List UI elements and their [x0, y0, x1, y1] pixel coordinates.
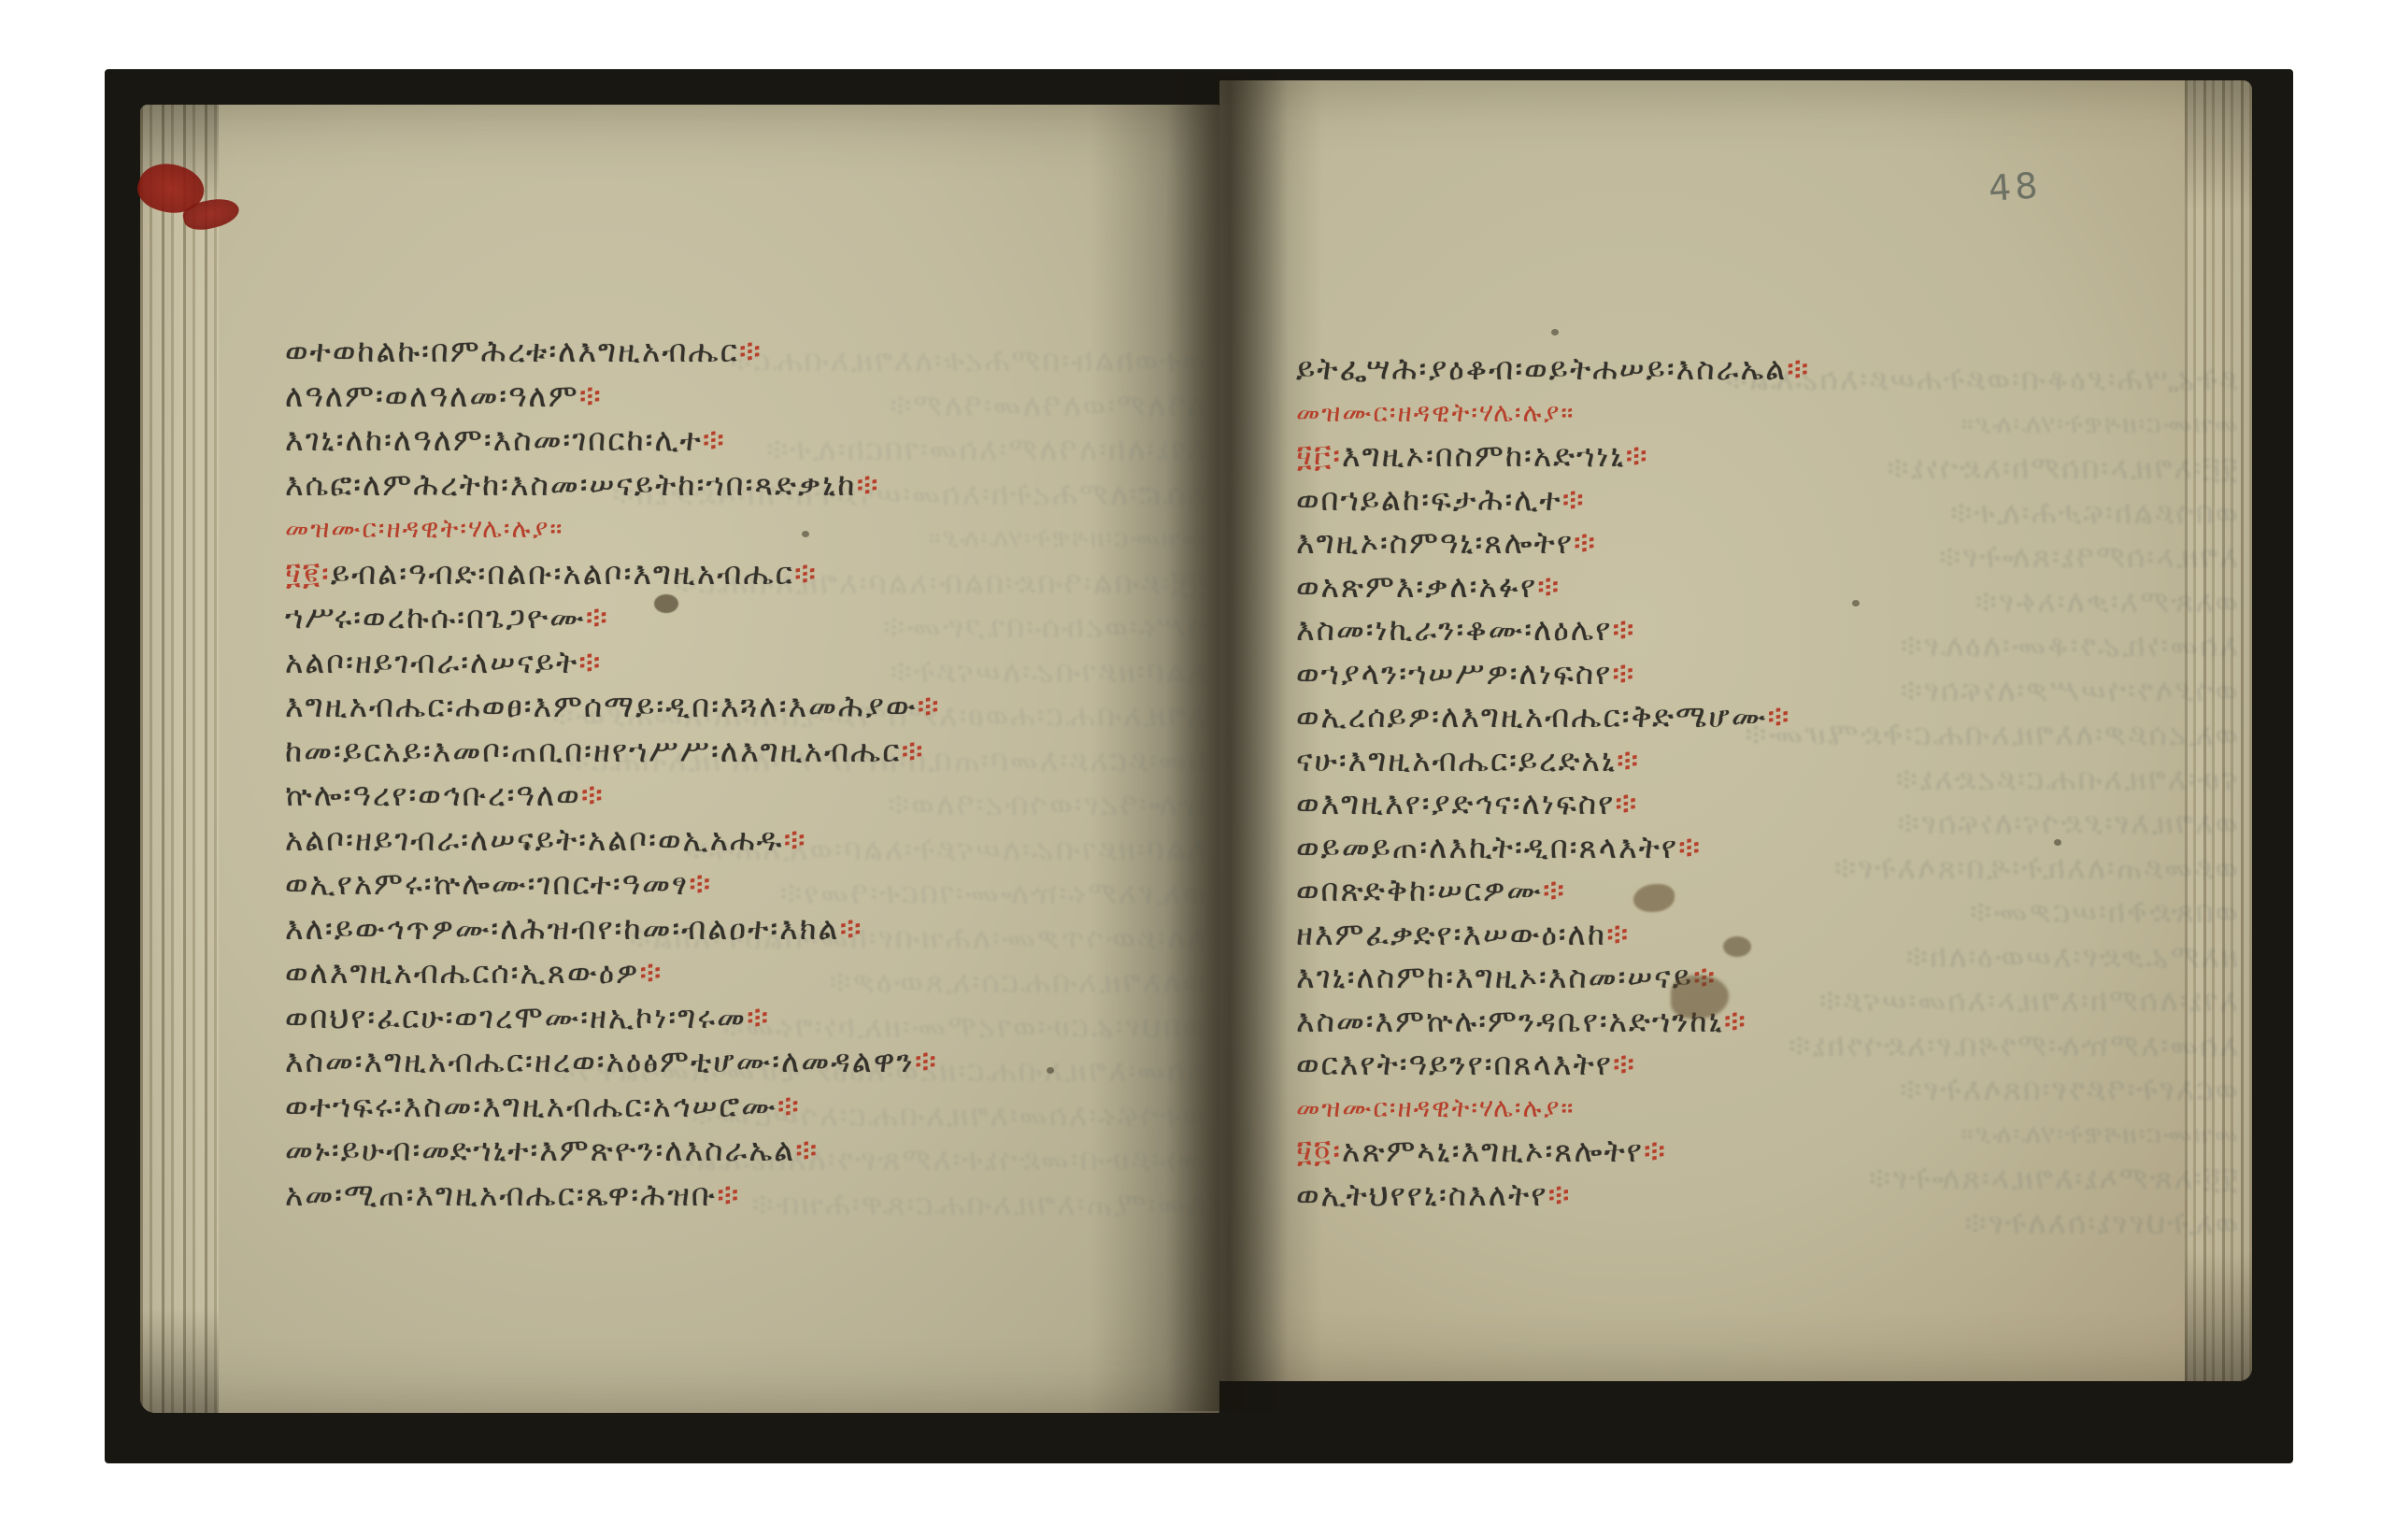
ink-segment: ናሁ፡እግዚአብሔር፡ይረድአኒ [1296, 742, 1617, 778]
rubric-segment: ፨ [1615, 785, 1638, 821]
rubric-segment: ፨ [1626, 437, 1649, 474]
rubric-segment: ፨ [902, 733, 925, 769]
rubric-line: መዝሙር፡ዘዳዊት፡ሃሌ፡ሉያ። [285, 506, 941, 551]
text-line: አልቦ፡ዘይገብራ፡ለሠናይት፨ [285, 640, 941, 685]
rubric-line: መዝሙር፡ዘዳዊት፡ሃሌ፡ሉያ። [1296, 392, 1810, 435]
rubric-segment: መዝሙር፡ዘዳዊት፡ሃሌ፡ሉያ። [285, 513, 564, 544]
text-line: ወበህየ፡ፈርሁ፡ወገረሞሙ፡ዘኢኮነ፡ግሩመ፨ [285, 995, 941, 1040]
ink-segment: ወበጽድቅከ፡ሠርዎሙ [1296, 872, 1543, 908]
rubric-segment: ፨ [579, 378, 603, 414]
ink-segment: ይብል፡ዓብድ፡በልቡ፡አልቦ፡እግዚአብሔር [331, 555, 794, 592]
ink-segment: እስመ፡ነኪራን፡ቆሙ፡ለዕሌየ [1296, 611, 1612, 648]
rubric-line: መዝሙር፡ዘዳዊት፡ሃሌ፡ሉያ። [1296, 1087, 1810, 1131]
ink-segment: እስመ፡እግዚአብሔር፡ዘረወ፡አዕፅምቲሆሙ፡ለመዳልዋን [285, 1043, 915, 1079]
text-line: እግዚኦ፡ስምዓኒ፡ጸሎትየ፨ [1296, 521, 1810, 565]
ink-segment: እገኒ፡ለስምከ፡እግዚኦ፡እስመ፡ሠናይ [1296, 959, 1693, 995]
rubric-segment: ፨ [1787, 350, 1810, 387]
text-line: ወተኀፍሩ፡እስመ፡እግዚአብሔር፡አኅሠሮሙ፨ [285, 1084, 941, 1129]
rubric-segment: ፨ [639, 954, 663, 991]
rubric-segment: መዝሙር፡ዘዳዊት፡ሃሌ፡ሉያ። [1296, 397, 1575, 428]
text-line: ወኢየአምሩ፡ኵሎሙ፡ገበርተ፡ዓመፃ፨ [285, 862, 941, 906]
rubric-segment: ፨ [1574, 524, 1597, 561]
ink-segment: አልቦ፡ዘይገብራ፡ለሠናይት [285, 644, 578, 680]
text-line: ወኀያላን፡ኀሠሥዎ፡ለነፍስየ፨ [1296, 652, 1810, 696]
ink-segment: ወኀያላን፡ኀሠሥዎ፡ለነፍስየ [1296, 655, 1612, 692]
text-line: ወእግዚእየ፡ያድኅና፡ለነፍስየ፨ [1296, 782, 1810, 826]
text-line: ከመ፡ይርአይ፡እመቦ፡ጠቢበ፡ዘየኀሥሥ፡ለእግዚአብሔር፨ [285, 729, 941, 774]
ink-segment: ወለእግዚአብሔርሰ፡ኢጸውዕዎ [285, 954, 639, 991]
text-line: ወለእግዚአብሔርሰ፡ኢጸውዕዎ፨ [285, 950, 941, 995]
text-line: እግዚአብሔር፡ሐወፀ፡እምሰማይ፡ዲበ፡እጓለ፡እመሕያው፨ [285, 684, 941, 729]
ink-segment: ወአጽምእ፡ቃለ፡አፉየ [1296, 568, 1537, 605]
rubric-segment: ፨ [717, 1176, 740, 1213]
text-line: ወአጽምእ፡ቃለ፡አፉየ፨ [1296, 565, 1810, 609]
ink-segment: ይትፌሣሕ፡ያዕቆብ፡ወይትሐሠይ፡እስራኤል [1296, 350, 1787, 387]
rubric-segment: ፨ [795, 1132, 819, 1168]
rubric-segment: ፨ [1617, 742, 1640, 778]
text-line: እስመ፡ነኪራን፡ቆሙ፡ለዕሌየ፨ [1296, 608, 1810, 652]
rubric-segment: ፨ [1537, 568, 1561, 605]
text-line: ወበጽድቅከ፡ሠርዎሙ፨ [1296, 869, 1810, 913]
ink-segment: ወኢትህየየኒ፡ስእለትየ [1296, 1176, 1547, 1213]
ink-segment: ኵሎ፡ዓረየ፡ወኅቡረ፡ዓለወ [285, 777, 581, 813]
ink-segment: ወይመይጠ፡ለእኪት፡ዲበ፡ጸላእትየ [1296, 829, 1678, 865]
text-line: ፶፫፡እግዚኦ፡በስምከ፡አድኀነኒ፨ [1296, 435, 1810, 478]
rubric-segment: ፨ [581, 777, 605, 813]
text-line: ይትፌሣሕ፡ያዕቆብ፡ወይትሐሠይ፡እስራኤል፨ [1296, 348, 1810, 392]
ink-segment: ወተወከልኩ፡በምሕረቱ፡ለእግዚአብሔር [285, 333, 739, 369]
rubric-segment: ፨ [1693, 959, 1717, 995]
rubric-segment: ፨ [1612, 655, 1635, 692]
rubric-segment: ፨ [1606, 916, 1630, 952]
rubric-segment: ፨ [1562, 481, 1586, 518]
rubric-segment: ፨ [703, 421, 726, 458]
ink-segment: ወርእየት፡ዓይንየ፡በጸላእትየ [1296, 1046, 1613, 1082]
text-line: ለዓለም፡ወለዓለመ፡ዓለም፨ [285, 374, 941, 419]
text-line: ናሁ፡እግዚአብሔር፡ይረድአኒ፨ [1296, 739, 1810, 783]
text-line: አልቦ፡ዘይገብራ፡ለሠናይት፡አልቦ፡ወኢአሐዱ፨ [285, 818, 941, 863]
text-line: እገኒ፡ለከ፡ለዓለም፡እስመ፡ገበርከ፡ሊተ፨ [285, 418, 941, 463]
text-line: ወኢረሰይዎ፡ለእግዚአብሔር፡ቅድሜሆሙ፨ [1296, 695, 1810, 739]
ink-segment: መኑ፡ይሁብ፡መድኀኒተ፡እምጽዮን፡ለእስራኤል [285, 1132, 795, 1168]
text-line: ወይመይጠ፡ለእኪት፡ዲበ፡ጸላእትየ፨ [1296, 826, 1810, 870]
text-line: ፶፪፡ይብል፡ዓብድ፡በልቡ፡አልቦ፡እግዚአብሔር፨ [285, 551, 941, 596]
text-line: ኀሥሩ፡ወረኩሱ፡በጌጋዮሙ፨ [285, 595, 941, 640]
rubric-segment: ፨ [1612, 611, 1635, 648]
rubric-segment: መዝሙር፡ዘዳዊት፡ሃሌ፡ሉያ። [1296, 1092, 1575, 1123]
text-line: ወበኀይልከ፡ፍታሕ፡ሊተ፨ [1296, 478, 1810, 522]
text-line: እለ፡ይውኅጥዎሙ፡ለሕዝብየ፡ከመ፡ብልዐተ፡እክል፨ [285, 906, 941, 951]
text-line: ወተወከልኩ፡በምሕረቱ፡ለእግዚአብሔር፨ [285, 329, 941, 374]
text-line: እሴፎ፡ለምሕረትከ፡እስመ፡ሠናይትከ፡ኀበ፡ጻድቃኒከ፨ [285, 463, 941, 507]
rubric-segment: ፨ [1724, 1003, 1747, 1039]
text-line: ዘእምፈቃድየ፡እሠውዕ፡ለከ፨ [1296, 913, 1810, 957]
text-line: እስመ፡እምኵሉ፡ምንዳቤየ፡አድኀንከኒ፨ [1296, 1000, 1810, 1044]
ink-segment: እግዚኦ፡በስምከ፡አድኀነኒ [1342, 437, 1626, 474]
ink-segment: ወኢረሰይዎ፡ለእግዚአብሔር፡ቅድሜሆሙ [1296, 698, 1767, 734]
ink-segment: እሴፎ፡ለምሕረትከ፡እስመ፡ሠናይትከ፡ኀበ፡ጻድቃኒከ [285, 466, 856, 503]
rubric-segment: ፶፫፡ [1296, 437, 1342, 474]
text-line: ኵሎ፡ዓረየ፡ወኅቡረ፡ዓለወ፨ [285, 773, 941, 818]
ink-segment: ወተኀፍሩ፡እስመ፡እግዚአብሔር፡አኅሠሮሙ [285, 1088, 777, 1124]
rubric-segment: ፨ [1644, 1133, 1667, 1169]
rubric-segment: ፨ [1678, 829, 1702, 865]
rubric-segment: ፨ [739, 333, 763, 369]
text-line: መኑ፡ይሁብ፡መድኀኒተ፡እምጽዮን፡ለእስራኤል፨ [285, 1128, 941, 1173]
rubric-segment: ፶፪፡ [285, 555, 331, 592]
rubric-segment: ፨ [783, 821, 806, 858]
rubric-segment: ፨ [689, 865, 712, 902]
ink-segment: እለ፡ይውኅጥዎሙ፡ለሕዝብየ፡ከመ፡ብልዐተ፡እክል [285, 910, 839, 947]
rubric-segment: ፨ [1767, 698, 1790, 734]
rubric-segment: ፨ [918, 688, 941, 724]
left-page-text-column: ወተወከልኩ፡በምሕረቱ፡ለእግዚአብሔር፨ለዓለም፡ወለዓለመ፡ዓለም፨እገኒ… [285, 329, 941, 1217]
ink-segment: ለዓለም፡ወለዓለመ፡ዓለም [285, 378, 579, 414]
manuscript-scan-screenshot: ወተወከልኩ፡በምሕረቱ፡ለእግዚአብሔር፨ለዓለም፡ወለዓለመ፡ዓለም፨እገኒ… [0, 0, 2381, 1540]
ink-segment: እገኒ፡ለከ፡ለዓለም፡እስመ፡ገበርከ፡ሊተ [285, 421, 703, 458]
page-number: 48 [1988, 164, 2043, 209]
ink-segment: አመ፡ሚጠ፡እግዚአብሔር፡ጼዋ፡ሕዝቡ [285, 1176, 717, 1213]
text-line: እገኒ፡ለስምከ፡እግዚኦ፡እስመ፡ሠናይ፨ [1296, 956, 1810, 1000]
ink-segment: ወኢየአምሩ፡ኵሎሙ፡ገበርተ፡ዓመፃ [285, 865, 689, 902]
ink-segment: እግዚአብሔር፡ሐወፀ፡እምሰማይ፡ዲበ፡እጓለ፡እመሕያው [285, 688, 918, 724]
rubric-segment: ፨ [578, 644, 602, 680]
text-line: አመ፡ሚጠ፡እግዚአብሔር፡ጼዋ፡ሕዝቡ፨ [285, 1173, 941, 1218]
ink-segment: አልቦ፡ዘይገብራ፡ለሠናይት፡አልቦ፡ወኢአሐዱ [285, 821, 783, 858]
right-page-text-column: ይትፌሣሕ፡ያዕቆብ፡ወይትሐሠይ፡እስራኤል፨መዝሙር፡ዘዳዊት፡ሃሌ፡ሉያ።… [1296, 348, 1810, 1217]
ink-segment: ዘእምፈቃድየ፡እሠውዕ፡ለከ [1296, 916, 1606, 952]
ink-segment: ወበኀይልከ፡ፍታሕ፡ሊተ [1296, 481, 1562, 518]
ink-segment: አጽምኣኒ፡እግዚኦ፡ጸሎትየ [1342, 1133, 1644, 1169]
ink-segment: ከመ፡ይርአይ፡እመቦ፡ጠቢበ፡ዘየኀሥሥ፡ለእግዚአብሔር [285, 733, 902, 769]
rubric-segment: ፶፬፡ [1296, 1133, 1342, 1169]
rubric-segment: ፨ [747, 999, 770, 1035]
text-line: እስመ፡እግዚአብሔር፡ዘረወ፡አዕፅምቲሆሙ፡ለመዳልዋን፨ [285, 1039, 941, 1084]
ink-segment: ወእግዚእየ፡ያድኅና፡ለነፍስየ [1296, 785, 1615, 821]
ink-segment: ኀሥሩ፡ወረኩሱ፡በጌጋዮሙ [285, 599, 586, 635]
text-line: ፶፬፡አጽምኣኒ፡እግዚኦ፡ጸሎትየ፨ [1296, 1130, 1810, 1174]
rubric-segment: ፨ [777, 1088, 801, 1124]
ink-segment: እስመ፡እምኵሉ፡ምንዳቤየ፡አድኀንከኒ [1296, 1003, 1724, 1039]
text-line: ወርእየት፡ዓይንየ፡በጸላእትየ፨ [1296, 1043, 1810, 1087]
rubric-segment: ፨ [1547, 1176, 1571, 1213]
rubric-segment: ፨ [1613, 1046, 1636, 1082]
rubric-segment: ፨ [856, 466, 879, 503]
rubric-segment: ፨ [839, 910, 863, 947]
rubric-segment: ፨ [586, 599, 609, 635]
rubric-segment: ፨ [1543, 872, 1566, 908]
ink-segment: እግዚኦ፡ስምዓኒ፡ጸሎትየ [1296, 524, 1574, 561]
text-line: ወኢትህየየኒ፡ስእለትየ፨ [1296, 1174, 1810, 1218]
ink-segment: ወበህየ፡ፈርሁ፡ወገረሞሙ፡ዘኢኮነ፡ግሩመ [285, 999, 747, 1035]
rubric-segment: ፨ [915, 1043, 938, 1079]
rubric-segment: ፨ [794, 555, 818, 592]
